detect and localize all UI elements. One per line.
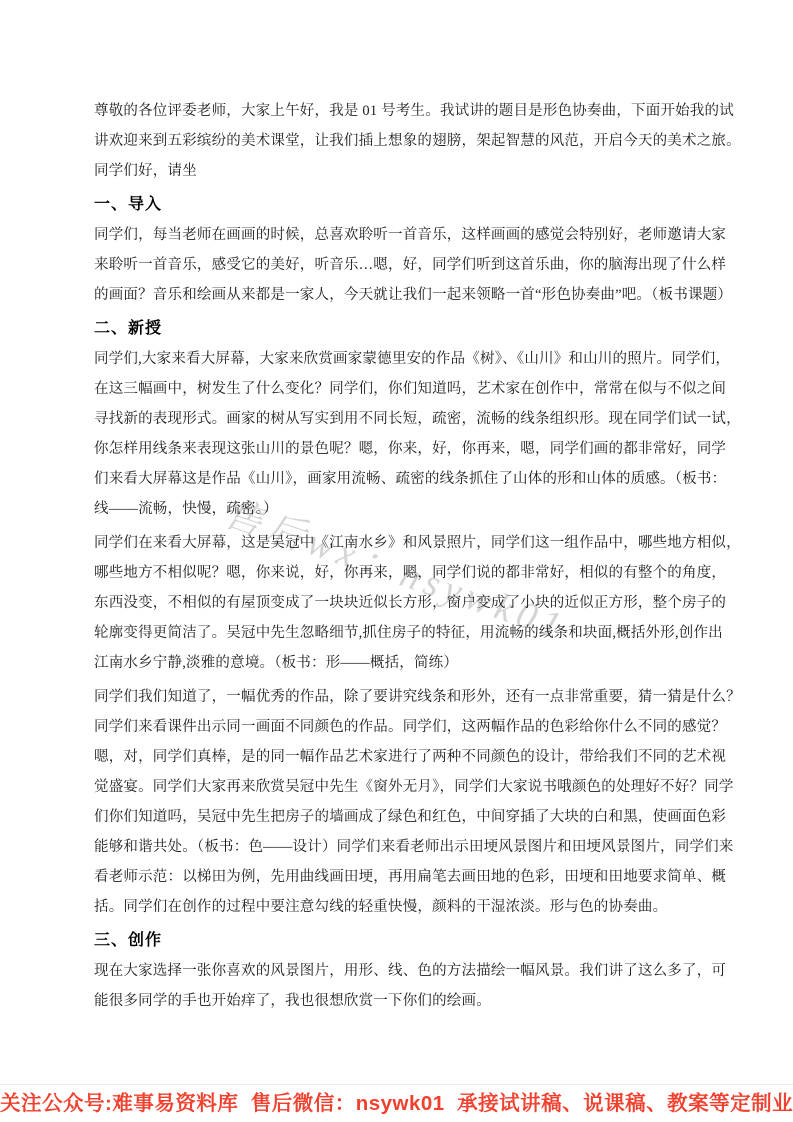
document-page: 售后wx：nsywk01 尊敬的各位评委老师，大家上午好，我是 01 号考生。我…: [0, 0, 793, 1122]
text-line: 江南水乡宁静,淡雅的意境。（板书：形——概括，简练）: [94, 648, 706, 678]
text-line: 同学们我们知道了，一幅优秀的作品，除了要讲究线条和形外，还有一点非常重要，猜一猜…: [94, 682, 706, 712]
text-line: 看老师示范：以梯田为例，先用曲线画田埂，再用扁笔去画田地的色彩，田埂和田地要求简…: [94, 862, 706, 892]
text-line: 同学们，每当老师在画画的时候，总喜欢聆听一首音乐，这样画画的感觉会特别好，老师邀…: [94, 220, 706, 250]
text-line: 觉盛宴。同学们大家再来欣赏吴冠中先生《窗外无月》，同学们大家说书哦颜色的处理好不…: [94, 772, 706, 802]
text-line: 讲欢迎来到五彩缤纷的美术课堂，让我们插上想象的翅膀，架起智慧的风范，开启今天的美…: [94, 126, 706, 156]
section-heading: 二、新授: [94, 314, 706, 344]
text-line: 现在大家选择一张你喜欢的风景图片，用形、线、色的方法描绘一幅风景。我们讲了这么多…: [94, 956, 706, 986]
text-line: 嗯，对，同学们真棒，是的同一幅作品艺术家进行了两种不同颜色的设计，带给我们不同的…: [94, 742, 706, 772]
document-body: 尊敬的各位评委老师，大家上午好，我是 01 号考生。我试讲的题目是形色协奏曲，下…: [94, 96, 706, 1020]
text-line: 东西没变，不相似的有屋顶变成了一块块近似长方形，窗户变成了小块的近似正方形，整个…: [94, 588, 706, 618]
paragraph: 尊敬的各位评委老师，大家上午好，我是 01 号考生。我试讲的题目是形色协奏曲，下…: [94, 96, 706, 186]
text-line: 们来看大屏幕这是作品《山川》，画家用流畅、疏密的线条抓住了山体的形和山体的质感。…: [94, 464, 706, 494]
paragraph: 同学们，每当老师在画画的时候，总喜欢聆听一首音乐，这样画画的感觉会特别好，老师邀…: [94, 220, 706, 310]
footer-ad-banner: 关注公众号:难事易资料库 售后微信：nsywk01 承接试讲稿、说课稿、教案等定…: [0, 1089, 793, 1119]
text-line: 在这三幅画中，树发生了什么变化？同学们，你们知道吗，艺术家在创作中，常常在似与不…: [94, 374, 706, 404]
text-line: 的画面？音乐和绘画从来都是一家人，今天就让我们一起来领略一首“形色协奏曲”吧。（…: [94, 280, 706, 310]
text-line: 能够和谐共处。（板书：色——设计）同学们来看老师出示田埂风景图片和田埂风景图片，…: [94, 832, 706, 862]
section-heading: 三、创作: [94, 926, 706, 956]
page-bottom-divider: [0, 1084, 793, 1085]
text-line: 轮廓变得更简洁了。吴冠中先生忽略细节,抓住房子的特征，用流畅的线条和块面,概括外…: [94, 618, 706, 648]
text-line: 同学们好，请坐: [94, 156, 706, 186]
text-line: 哪些地方不相似呢？嗯，你来说，好，你再来，嗯，同学们说的都非常好，相似的有整个的…: [94, 558, 706, 588]
text-line: 同学们,大家来看大屏幕，大家来欣赏画家蒙德里安的作品《树》、《山川》和山川的照片…: [94, 344, 706, 374]
text-line: 你怎样用线条来表现这张山川的景色呢？嗯，你来，好，你再来，嗯，同学们画的都非常好…: [94, 434, 706, 464]
paragraph: 同学们,大家来看大屏幕，大家来欣赏画家蒙德里安的作品《树》、《山川》和山川的照片…: [94, 344, 706, 524]
text-line: 能很多同学的手也开始痒了，我也很想欣赏一下你们的绘画。: [94, 986, 706, 1016]
text-line: 寻找新的表现形式。画家的树从写实到用不同长短，疏密，流畅的线条组织形。现在同学们…: [94, 404, 706, 434]
section-heading: 一、导入: [94, 190, 706, 220]
text-line: 来聆听一首音乐，感受它的美好，听音乐…嗯，好，同学们听到这首乐曲，你的脑海出现了…: [94, 250, 706, 280]
paragraph: 现在大家选择一张你喜欢的风景图片，用形、线、色的方法描绘一幅风景。我们讲了这么多…: [94, 956, 706, 1016]
text-line: 线——流畅，快慢，疏密。）: [94, 494, 706, 524]
text-line: 同学们来看课件出示同一画面不同颜色的作品。同学们，这两幅作品的色彩给你什么不同的…: [94, 712, 706, 742]
text-line: 同学们在来看大屏幕，这是吴冠中《江南水乡》和风景照片，同学们这一组作品中，哪些地…: [94, 528, 706, 558]
text-line: 括。同学们在创作的过程中要注意勾线的轻重快慢，颜料的干湿浓淡。形与色的协奏曲。: [94, 892, 706, 922]
text-line: 尊敬的各位评委老师，大家上午好，我是 01 号考生。我试讲的题目是形色协奏曲，下…: [94, 96, 706, 126]
paragraph: 同学们在来看大屏幕，这是吴冠中《江南水乡》和风景照片，同学们这一组作品中，哪些地…: [94, 528, 706, 678]
paragraph: 同学们我们知道了，一幅优秀的作品，除了要讲究线条和形外，还有一点非常重要，猜一猜…: [94, 682, 706, 922]
text-line: 们你们知道吗，吴冠中先生把房子的墙画成了绿色和红色，中间穿插了大块的白和黑，使画…: [94, 802, 706, 832]
